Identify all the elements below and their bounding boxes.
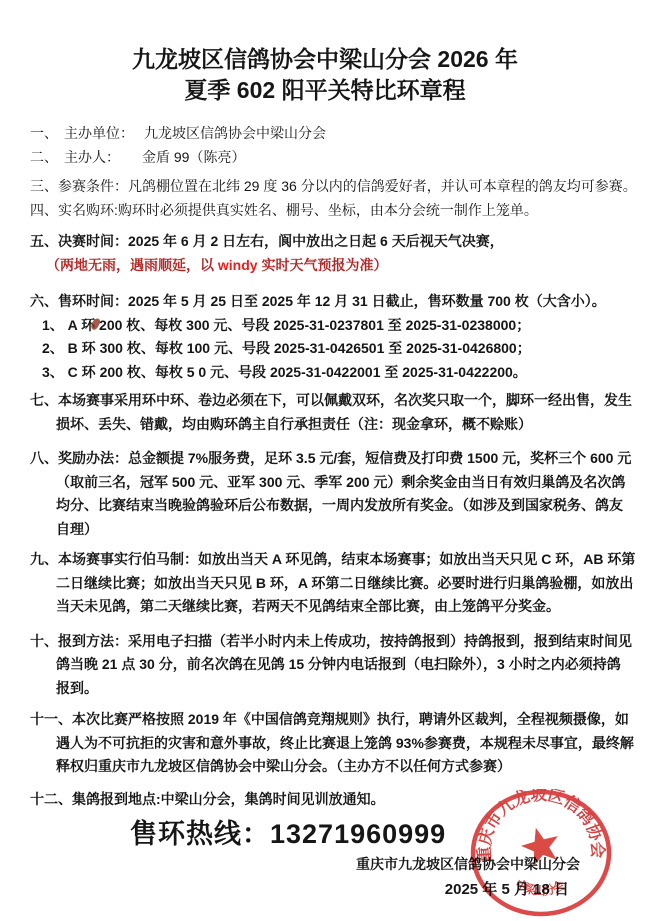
section-3: 三、参赛条件：凡鸽棚位置在北纬 29 度 36 分以内的信鸽爱好者，并认可本章程… xyxy=(30,175,624,199)
section-6: 六、售环时间：2025 年 5 月 25 日至 2025 年 12 月 31 日… xyxy=(30,290,624,314)
section-8-line-3: 均分、比赛结束当晚验鸽验环后公布数据，一周内发放所有奖金。（如涉及到国家税务、鸽… xyxy=(30,494,624,518)
section-1: 一、主办单位：九龙坡区信鸽协会中梁山分会 xyxy=(30,122,624,146)
section-11-line-2: 遇人为不可抗拒的灾害和意外事故，终止比赛退上笼鸽 93%参赛费，本规程未尽事宜，… xyxy=(30,732,624,756)
section-11-line-1: 十一、本次比赛严格按照 2019 年《中国信鸽竞翔规则》执行，聘请外区裁判，全程… xyxy=(30,708,624,732)
note-text-pre: （两地无雨，遇雨顺延，以 xyxy=(46,257,218,273)
section-2-number: 二、 xyxy=(30,149,58,165)
section-6-item-a: 1、 A 环 200 枚、每枚 300 元、号段 2025-31-0237801… xyxy=(30,314,624,338)
section-2-key: 主办人： xyxy=(64,149,120,165)
section-2: 二、主办人：金盾 99（陈亮） xyxy=(30,146,624,170)
section-8-line-4: 自理） xyxy=(30,518,624,542)
section-9-line-2: 二日继续比赛；如放出当天只见 B 环，A 环第二日继续比赛。必要时进行归巢鸽验棚… xyxy=(30,572,624,596)
section-1-number: 一、 xyxy=(30,125,58,141)
section-6-item-c: 3、 C 环 200 枚、每枚 5 0 元、号段 2025-31-0422001… xyxy=(30,361,624,385)
hotline-label: 售环热线： xyxy=(130,819,270,849)
title-line-2: 夏季 602 阳平关特比环章程 xyxy=(0,75,650,106)
official-seal-stamp: 重庆市九龙坡区信鸽协会 中梁山分会 xyxy=(468,789,616,921)
section-5: 五、决赛时间：2025 年 6 月 2 日左右，阆中放出之日起 6 天后视天气决… xyxy=(30,230,624,254)
document-page: 九龙坡区信鸽协会中梁山分会 2026 年 夏季 602 阳平关特比环章程 一、主… xyxy=(0,0,650,921)
note-text-post: 实时天气预报为准） xyxy=(258,257,388,273)
section-2-value: 金盾 99（陈亮） xyxy=(142,149,245,165)
section-6-item-b: 2、 B 环 300 枚、每枚 100 元、号段 2025-31-0426501… xyxy=(30,337,624,361)
section-9-line-1: 九、本场赛事实行伯马制：如放出当天 A 环见鸽，结束本场赛事；如放出当天只见 C… xyxy=(30,548,624,572)
section-8-line-1: 八、奖励办法：总金额提 7%服务费，足环 3.5 元/套，短信费及打印费 150… xyxy=(30,447,624,471)
section-7-line-2: 损坏、丢失、错戴，均由购环鸽主自行承担责任（注：现金拿环，概不赊账） xyxy=(30,413,624,437)
section-11-line-3: 释权归重庆市九龙坡区信鸽协会中梁山分会。（主办方不以任何方式参赛） xyxy=(30,755,624,779)
windy-app-name: windy xyxy=(218,257,258,273)
document-title: 九龙坡区信鸽协会中梁山分会 2026 年 夏季 602 阳平关特比环章程 xyxy=(0,0,650,106)
document-body: 一、主办单位：九龙坡区信鸽协会中梁山分会 二、主办人：金盾 99（陈亮） 三、参… xyxy=(0,122,650,898)
section-1-value: 九龙坡区信鸽协会中梁山分会 xyxy=(144,125,326,141)
section-7-line-1: 七、本场赛事采用环中环、卷边必须在下，可以佩戴双环，名次奖只取一个，脚环一经出售… xyxy=(30,389,624,413)
section-9-line-3: 当天未见鸽，第二天继续比赛，若两天不见鸽结束全部比赛，由上笼鸽平分奖金。 xyxy=(30,595,624,619)
star-icon xyxy=(521,828,558,866)
section-5-weather-note: （两地无雨，遇雨顺延，以 windy 实时天气预报为准） xyxy=(30,254,624,278)
hotline-number: 13271960999 xyxy=(270,819,446,849)
section-10-line-2: 鸽当晚 21 点 30 分，前名次鸽在见鸽 15 分钟内电话报到（电扫除外），3… xyxy=(30,653,624,677)
title-line-1: 九龙坡区信鸽协会中梁山分会 2026 年 xyxy=(0,44,650,75)
section-10-line-3: 报到。 xyxy=(30,677,624,701)
section-10-line-1: 十、报到方法：采用电子扫描（若半小时内未上传成功，按持鸽报到）持鸽报到，报到结束… xyxy=(30,630,624,654)
section-8-line-2: （取前三名，冠军 500 元、亚军 300 元、季军 200 元）剩余奖金由当日… xyxy=(30,471,624,495)
section-4: 四、实名购环:购环时必须提供真实姓名、棚号、坐标，由本分会统一制作上笼单。 xyxy=(30,199,624,223)
section-1-key: 主办单位： xyxy=(64,125,134,141)
seal-bottom-text: 中梁山分会 xyxy=(513,876,567,898)
